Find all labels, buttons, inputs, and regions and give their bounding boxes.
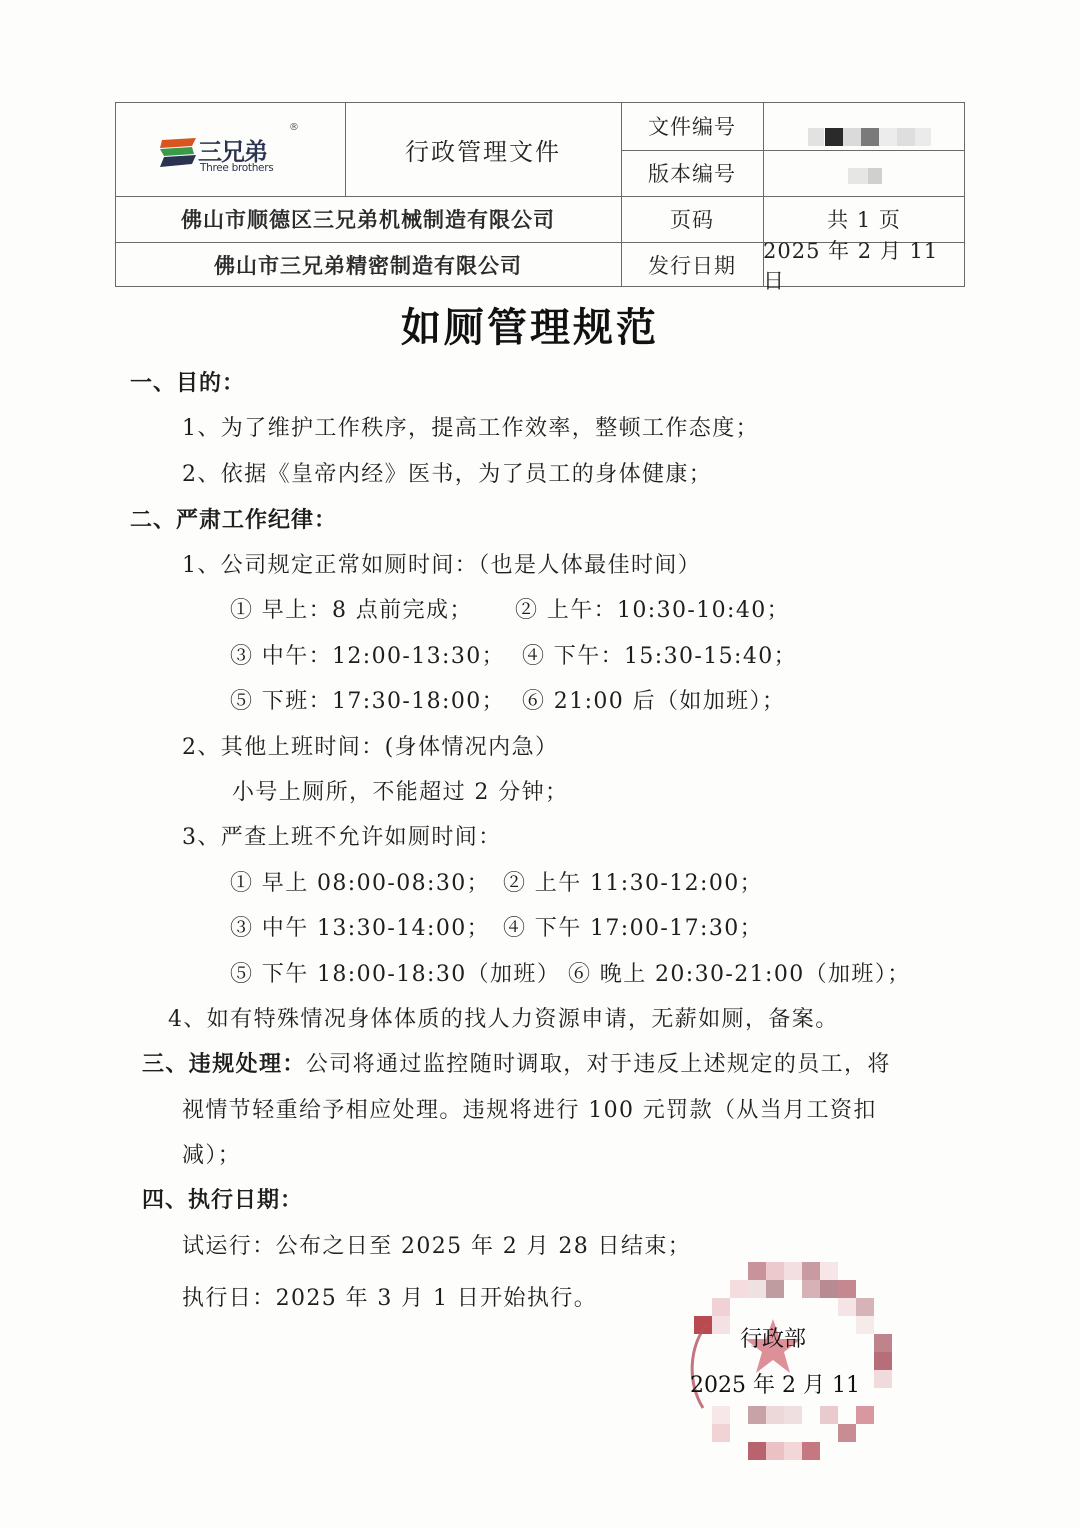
- violation-text: 公司将通过监控随时调取，对于违反上述规定的员工，将: [306, 1052, 891, 1077]
- forbidden-time-1: ① 早上 08:00-08:30；: [230, 866, 490, 897]
- violation-paragraph-line-1: 三、违规处理：公司将通过监控随时调取，对于违反上述规定的员工，将: [142, 1047, 891, 1078]
- allowed-time-5: ⑤ 下班：17:30-18:00；: [230, 684, 505, 715]
- other-times-heading: 2、其他上班时间：(身体情况内急）: [182, 730, 558, 761]
- issue-date-value: 2025 年 2 月 11 日: [763, 242, 965, 287]
- three-brothers-logo-icon: [158, 136, 198, 168]
- section-purpose-heading: 一、目的：: [130, 366, 245, 397]
- allowed-time-1: ① 早上：8 点前完成；: [230, 593, 473, 624]
- forbidden-time-6: ⑥ 晚上 20:30-21:00（加班）；: [568, 957, 911, 988]
- forbidden-time-4: ④ 下午 17:00-17:30；: [503, 911, 763, 942]
- special-case-note: 4、如有特殊情况身体体质的找人力资源申请，无薪如厕，备案。: [168, 1002, 839, 1033]
- allowed-time-4: ④ 下午：15:30-15:40；: [522, 639, 797, 670]
- purpose-item-1: 1、为了维护工作秩序，提高工作效率，整顿工作态度；: [182, 411, 759, 442]
- forbidden-time-5: ⑤ 下午 18:00-18:30（加班）: [230, 957, 560, 988]
- official-stamp-redacted: [683, 1262, 893, 1472]
- forbidden-times-heading: 3、严查上班不允许如厕时间：: [182, 820, 502, 851]
- other-times-detail: 小号上厕所，不能超过 2 分钟；: [232, 775, 568, 806]
- issuing-department: 行政部: [740, 1322, 806, 1353]
- doc-type: 行政管理文件: [345, 102, 621, 196]
- section-discipline-heading: 二、严肃工作纪律：: [130, 503, 337, 534]
- page-count-label: 页码: [621, 196, 763, 242]
- section-effective-date-heading: 四、执行日期：: [142, 1183, 303, 1214]
- section-violation-heading: 三、违规处理：: [142, 1052, 306, 1077]
- purpose-item-2: 2、依据《皇帝内经》医书，为了员工的身体健康；: [182, 457, 712, 488]
- forbidden-time-2: ② 上午 11:30-12:00；: [503, 866, 763, 897]
- registered-mark: ®: [289, 122, 299, 133]
- violation-paragraph-line-3: 减）；: [182, 1138, 241, 1169]
- trial-period: 试运行：公布之日至 2025 年 2 月 28 日结束；: [182, 1229, 691, 1260]
- logo-english-name: Three brothers: [200, 162, 273, 174]
- file-number-label: 文件编号: [621, 102, 763, 150]
- company-name-2: 佛山市三兄弟精密制造有限公司: [115, 242, 621, 287]
- forbidden-time-3: ③ 中午 13:30-14:00；: [230, 911, 490, 942]
- version-number-label: 版本编号: [621, 150, 763, 196]
- document-title: 如厕管理规范: [0, 296, 1060, 353]
- violation-paragraph-line-2: 视情节轻重给予相应处理。违规将进行 100 元罚款（从当月工资扣: [182, 1093, 877, 1124]
- allowed-time-6: ⑥ 21:00 后（如加班）；: [522, 684, 785, 715]
- allowed-times-heading: 1、公司规定正常如厕时间：（也是人体最佳时间）: [182, 548, 701, 579]
- allowed-time-3: ③ 中午：12:00-13:30；: [230, 639, 505, 670]
- issue-date-label: 发行日期: [621, 242, 763, 287]
- signature-date: 2025 年 2 月 11: [690, 1368, 860, 1399]
- company-name-1: 佛山市顺德区三兄弟机械制造有限公司: [115, 196, 621, 242]
- allowed-time-2: ② 上午：10:30-10:40；: [515, 593, 790, 624]
- company-logo: 三兄弟 Three brothers ®: [158, 122, 308, 182]
- effective-date: 执行日：2025 年 3 月 1 日开始执行。: [182, 1281, 597, 1312]
